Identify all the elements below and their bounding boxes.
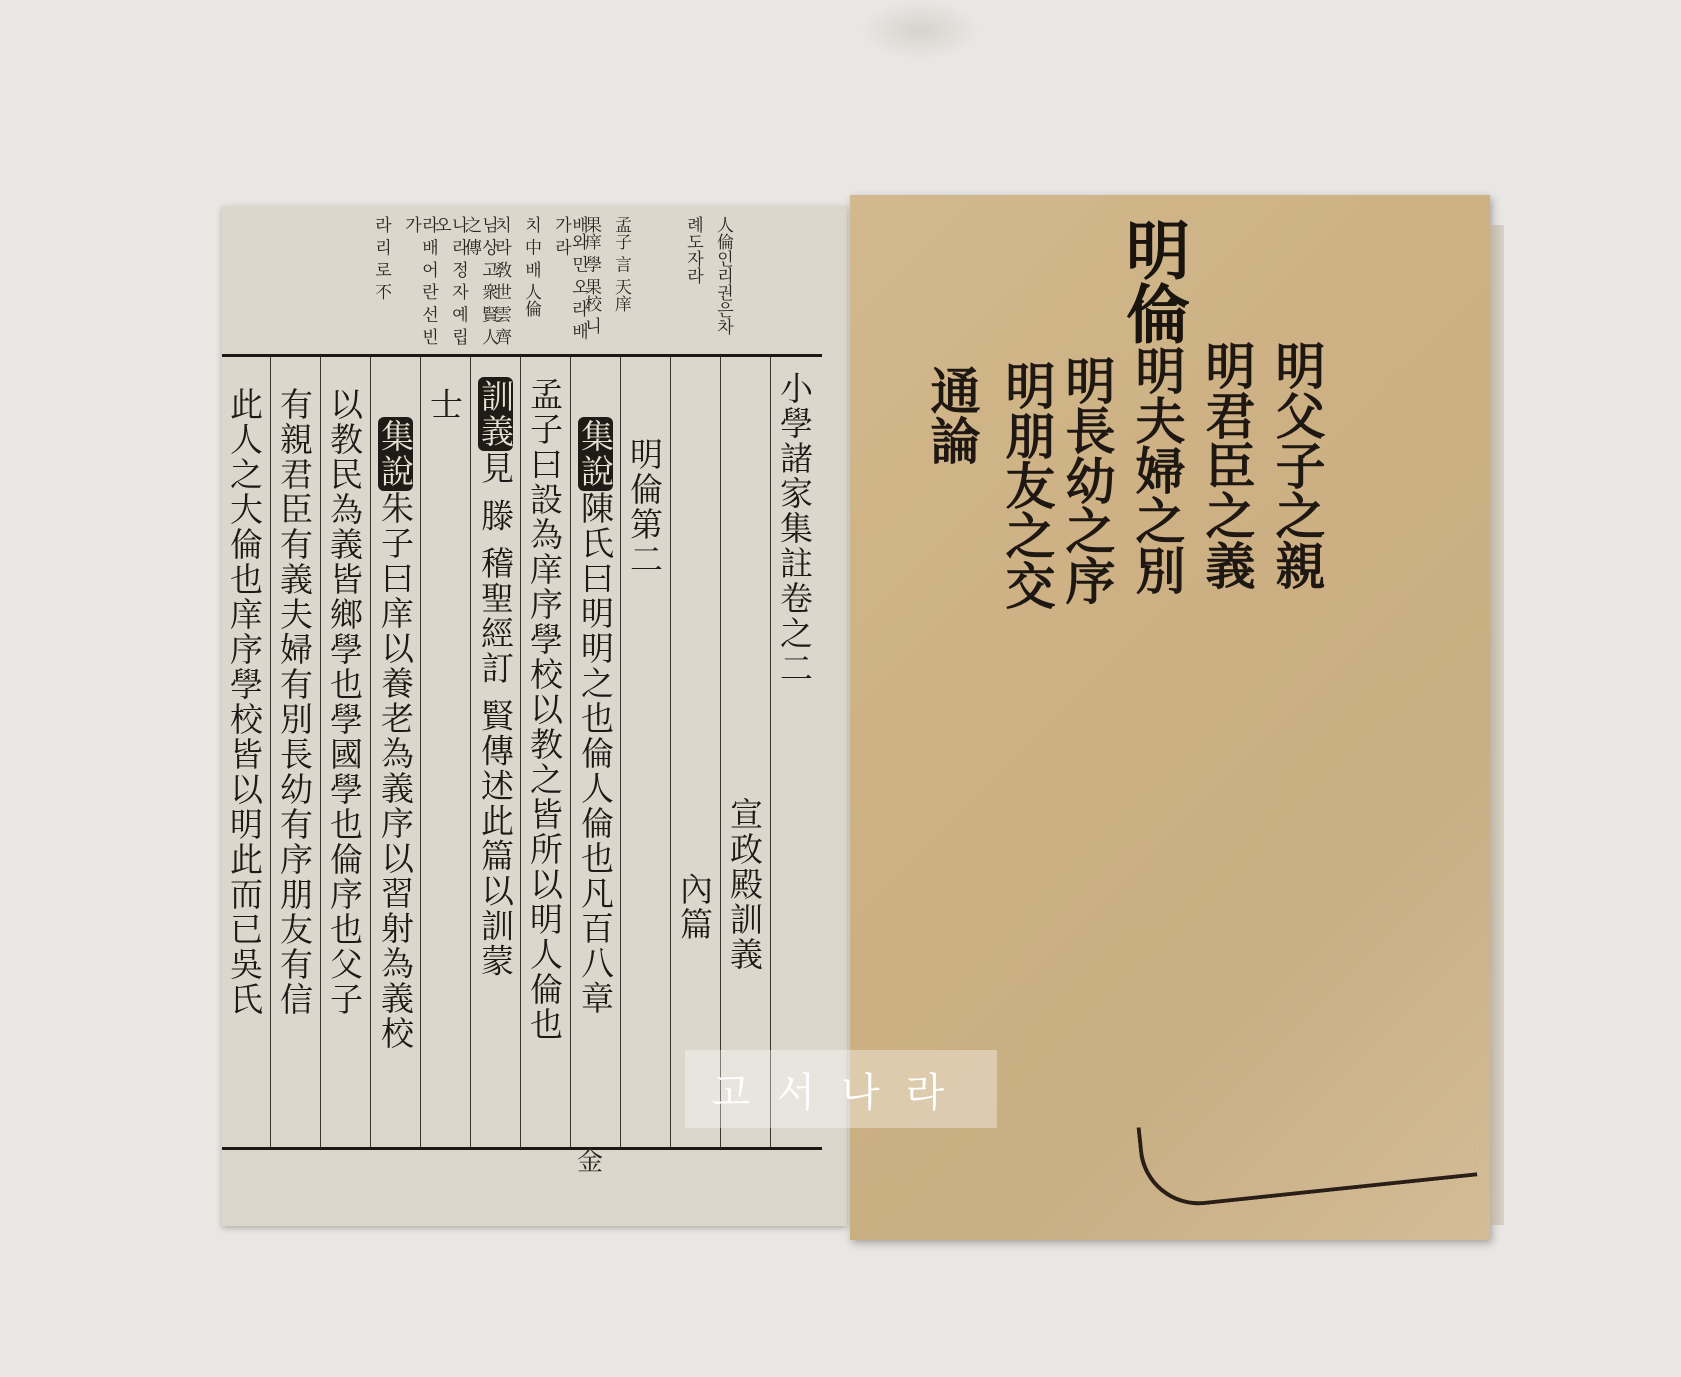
cover-column: 明夫婦之別	[1130, 345, 1183, 595]
cover-column: 明君臣之義	[1200, 340, 1253, 590]
annotation-column: 孟子 言 天庠	[612, 216, 629, 312]
annotation-column: 례도자라	[684, 216, 701, 284]
annotation-column: 라 리 로 不	[372, 216, 389, 300]
chapter-heading: 明倫第二	[628, 437, 661, 577]
edition-column: 宣政殿訓義	[728, 797, 761, 972]
text-column: 集說朱子曰庠以養老為義序以習射為義校	[378, 417, 413, 1051]
text-column: 以教民為義皆鄉學也學國學也倫序也父子	[328, 387, 361, 1017]
column-rule	[470, 357, 471, 1147]
column-rule	[520, 357, 521, 1147]
commentary-badge: 訓義	[478, 377, 513, 451]
annotation-column: 배와 민 오 라 배 가 라	[552, 216, 586, 354]
cover-title: 明倫	[1120, 217, 1184, 345]
annotation-column: 치 中 배 人倫	[522, 216, 539, 317]
text-column: 此人之大倫也庠序學校皆以明此而已吳氏	[228, 387, 261, 1017]
column-rule	[570, 357, 571, 1147]
text-column: 集說陳氏曰明明之也倫人倫也凡百八章	[578, 417, 613, 1016]
cover-column: 明父子之親	[1270, 340, 1323, 590]
column-rule	[720, 357, 721, 1147]
text-column: 士	[428, 387, 461, 422]
watermark: 고서나라	[685, 1050, 997, 1128]
bottom-mark: 金	[577, 1141, 603, 1178]
text-column: 訓義見 滕 稽聖經訂 賢傳述此篇以訓蒙	[478, 377, 513, 978]
background-smudge	[860, 0, 980, 60]
column-rule	[770, 357, 771, 1147]
commentary-badge: 集說	[378, 417, 413, 491]
annotation-column: 人倫인리권은차	[714, 216, 731, 335]
top-annotations: 人倫인리권은차 례도자라 孟子 言 天庠 果庠 學 果校 니 배와 민 오 라 …	[222, 206, 847, 354]
cover-column: 明長幼之序	[1060, 355, 1113, 605]
column-rule	[370, 357, 371, 1147]
page-edge	[1490, 225, 1504, 1225]
column-rule	[320, 357, 321, 1147]
annotation-column: 라 배 어 란 선 빈 가	[402, 216, 436, 354]
section-column: 內篇	[678, 872, 711, 942]
column-rule	[620, 357, 621, 1147]
book-title-column: 小學諸家集註卷之二	[778, 371, 811, 686]
cover-column: 通論	[925, 365, 978, 465]
text-column: 有親君臣有義夫婦有別長幼有序朋友有信	[278, 387, 311, 1017]
column-rule	[270, 357, 271, 1147]
text-column: 孟子曰設為庠序學校以教之皆所以明人倫也	[528, 377, 561, 1042]
commentary-badge: 集說	[578, 417, 613, 491]
cover-column: 明朋友之交	[1000, 360, 1053, 610]
column-rule	[670, 357, 671, 1147]
column-rule	[420, 357, 421, 1147]
text-frame: 小學諸家集註卷之二 宣政殿訓義 內篇 明倫第二 集說陳氏曰明明之也倫人倫也凡百八…	[222, 354, 822, 1150]
